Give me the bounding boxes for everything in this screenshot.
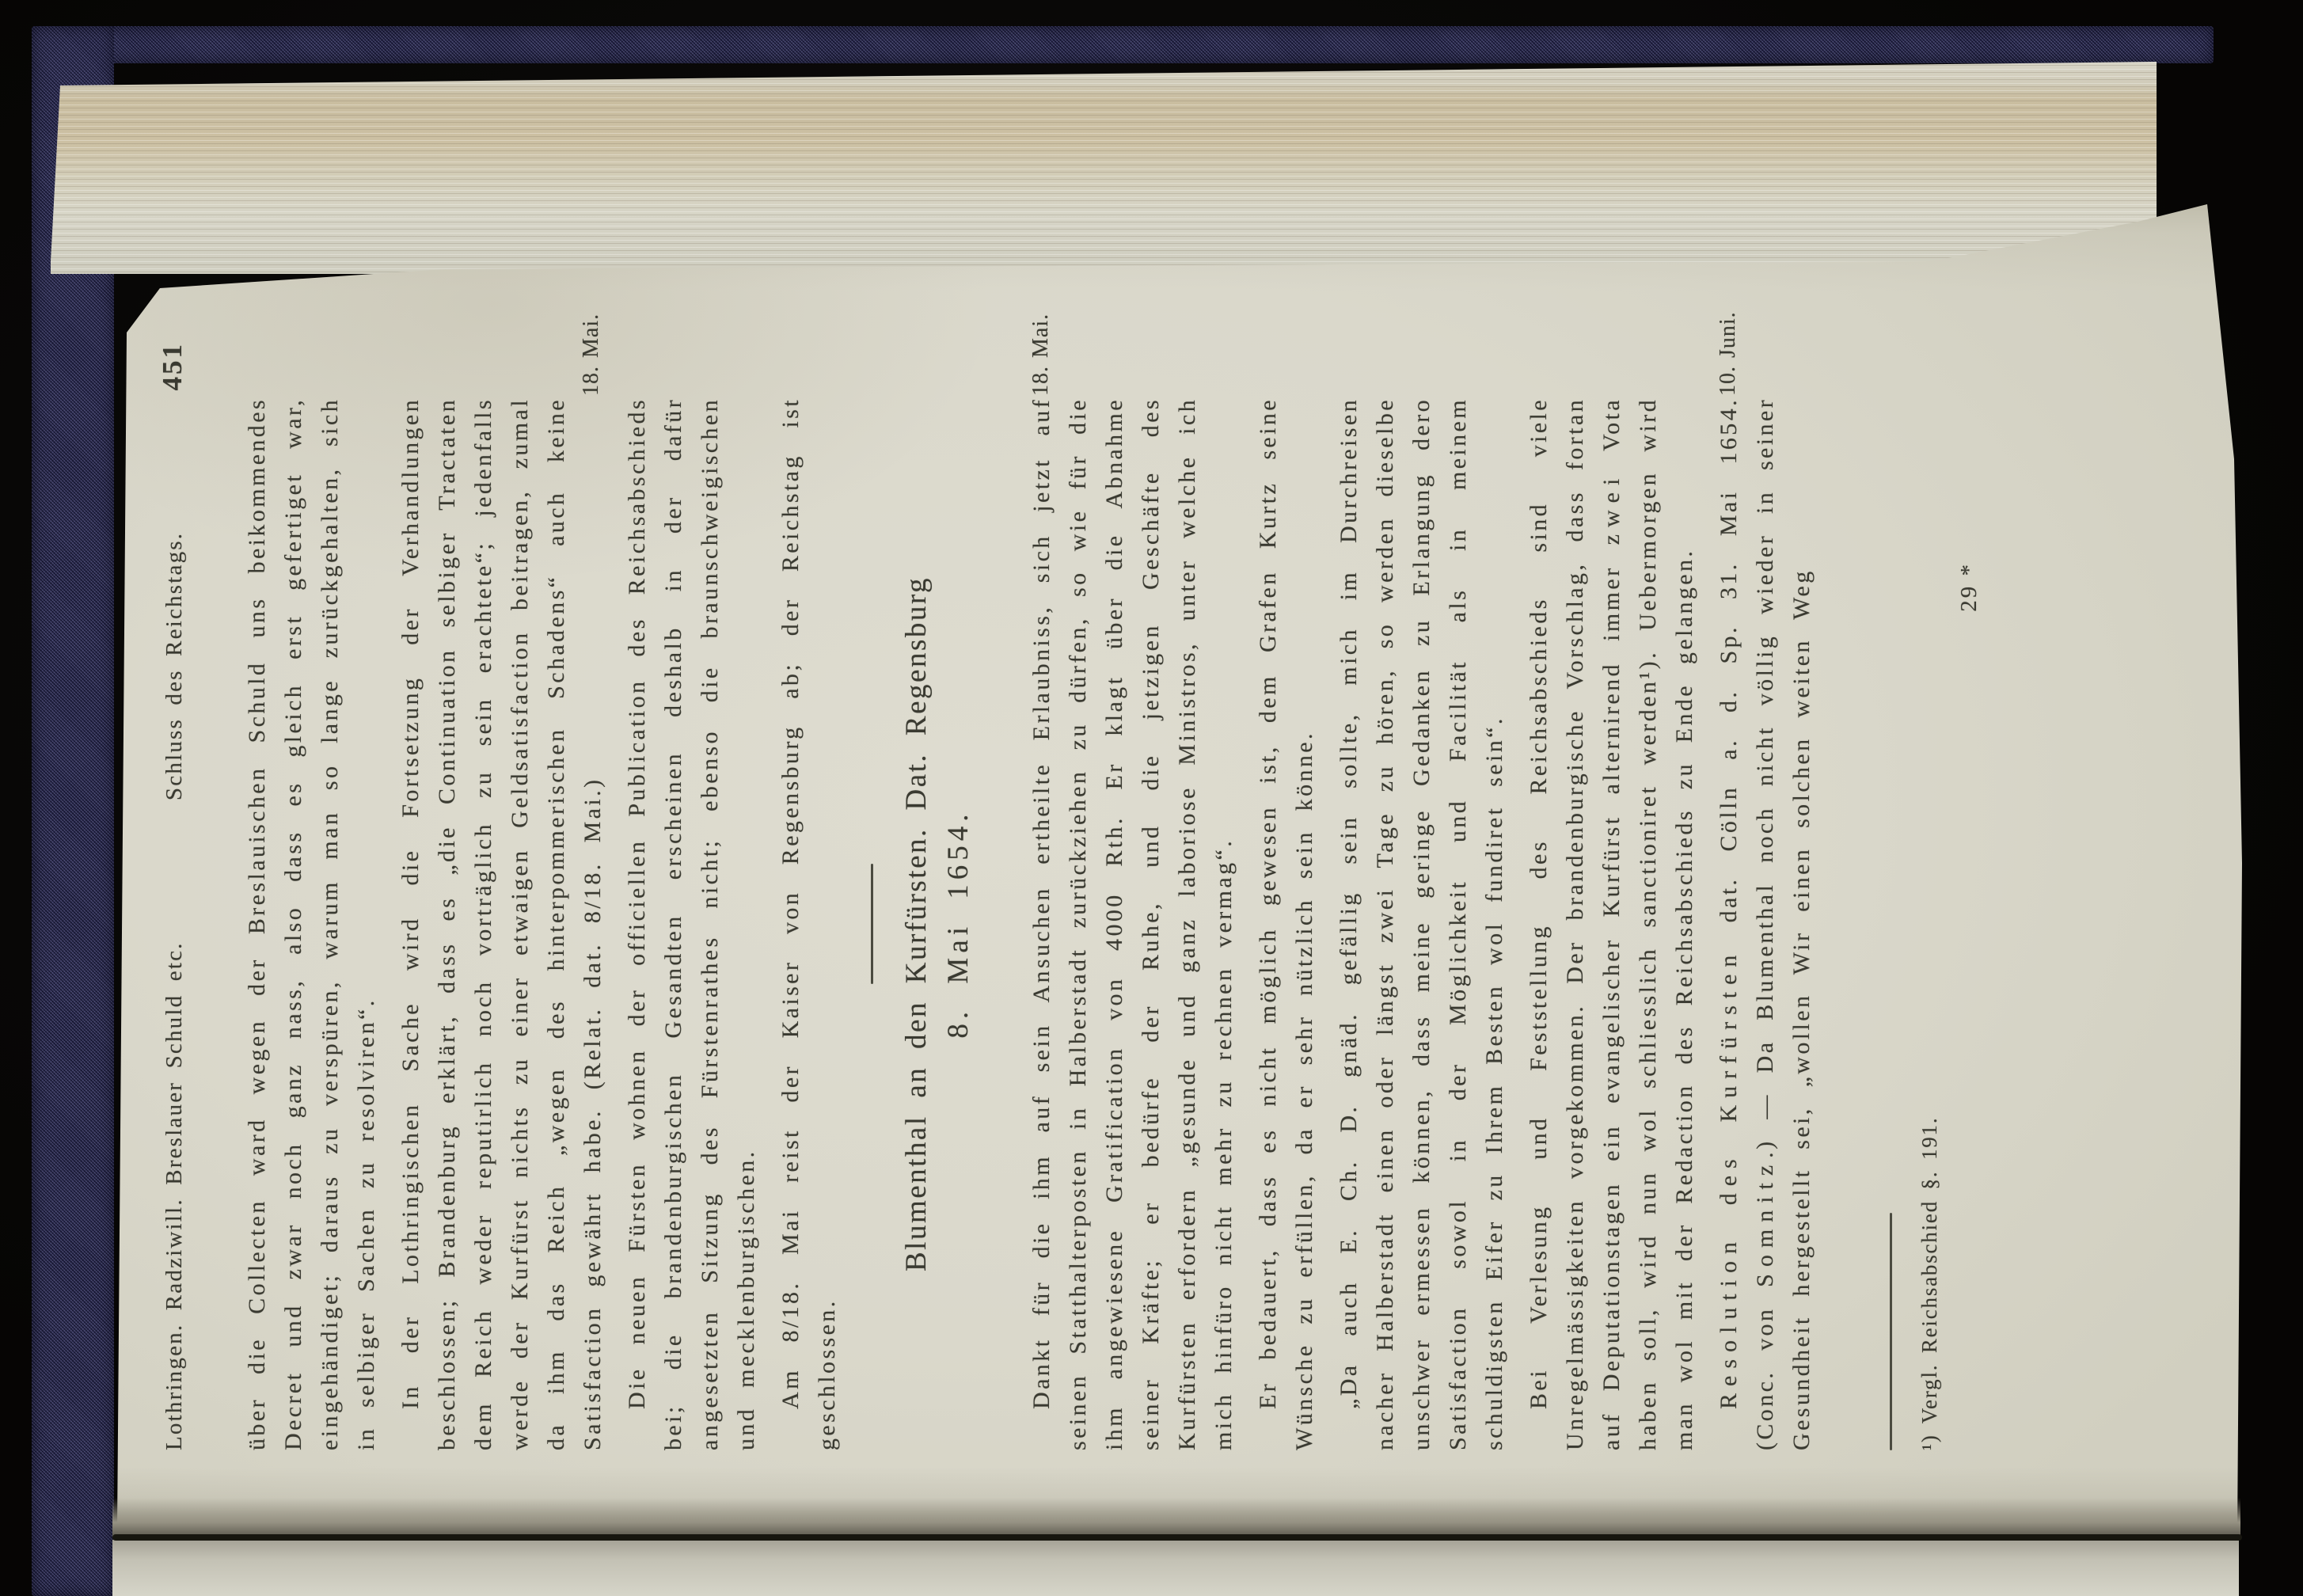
paragraph-text: Am 8/18. Mai reist der Kaiser von Regens… — [777, 397, 840, 1450]
footnote-separator-rule — [1890, 1213, 1892, 1450]
emphasized-word: Somnitz — [1752, 1158, 1778, 1287]
facing-page-edge — [112, 1540, 2239, 1596]
fore-edge-page-stack — [51, 62, 2157, 274]
margin-note: 10. Juni. — [1715, 298, 1742, 396]
page-number: 451 — [157, 342, 188, 391]
paragraph-text: über die Collecten ward wegen der Bresla… — [244, 397, 379, 1450]
paragraph: Am 8/18. Mai reist der Kaiser von Regens… — [773, 397, 846, 1450]
paragraph-text: In der Lothringischen Sache wird die For… — [397, 397, 606, 1450]
paragraph: Dankt für die ihm auf sein Ansuchen erth… — [1024, 397, 1242, 1450]
footnote: ¹) Vergl. Reichsabschied §. 191. — [1916, 397, 1944, 1450]
emphasized-word: zwei — [1598, 472, 1625, 545]
paragraph: über die Collecten ward wegen der Bresla… — [239, 397, 385, 1450]
photo-background: Lothringen. Radziwill. Breslauer Schuld … — [0, 0, 2303, 1596]
gutter-crease-line — [112, 1534, 2242, 1541]
paragraph: Bei Verlesung und Feststellung des Reich… — [1521, 397, 1703, 1450]
sheet-signature: 29 * — [1956, 397, 1982, 1450]
running-head-center: Schluss des Reichstags. — [162, 532, 188, 800]
paragraph-text: Bei Verlesung und Feststellung des Reich… — [1526, 397, 1625, 1450]
paragraph: Er bedauert, dass es nicht möglich gewes… — [1250, 397, 1323, 1450]
book-page: Lothringen. Radziwill. Breslauer Schuld … — [109, 196, 2247, 1542]
document-heading: Blumenthal an den Kurfürsten. Dat. Regen… — [895, 397, 979, 1450]
margin-note: 18. Mai. — [1028, 298, 1055, 396]
document-heading-date: 8. Mai 1654. — [937, 397, 979, 1450]
document-heading-line1: Blumenthal an den Kurfürsten. Dat. Regen… — [895, 397, 937, 1450]
section-divider-rule — [871, 864, 873, 984]
emphasized-words: Resolution des Kurfürsten — [1716, 948, 1742, 1409]
book-cover-top-edge — [32, 26, 2214, 63]
paragraph: Resolution des Kurfürsten dat. Cölln a. … — [1711, 397, 1820, 1450]
page-text-block: Lothringen. Radziwill. Breslauer Schuld … — [111, 294, 2130, 1482]
paragraph: In der Lothringischen Sache wird die For… — [393, 397, 611, 1450]
running-head-left: Lothringen. Radziwill. Breslauer Schuld … — [162, 941, 188, 1450]
paragraph: „Da auch E. Ch. D. gnäd. gefällig sein s… — [1331, 397, 1513, 1450]
paragraph: Die neuen Fürsten wohnen der officiellen… — [619, 397, 765, 1450]
gutter-shadow — [112, 1498, 2240, 1537]
paragraph-text: Er bedauert, dass es nicht möglich gewes… — [1255, 397, 1317, 1450]
paragraph-text: Dankt für die ihm auf sein Ansuchen erth… — [1028, 397, 1237, 1450]
running-head: Lothringen. Radziwill. Breslauer Schuld … — [157, 342, 188, 1450]
paragraph-text: Die neuen Fürsten wohnen der officiellen… — [624, 397, 759, 1450]
paragraph-text: „Da auch E. Ch. D. gnäd. gefällig sein s… — [1336, 397, 1507, 1450]
margin-note: 18. Mai. — [578, 298, 605, 396]
